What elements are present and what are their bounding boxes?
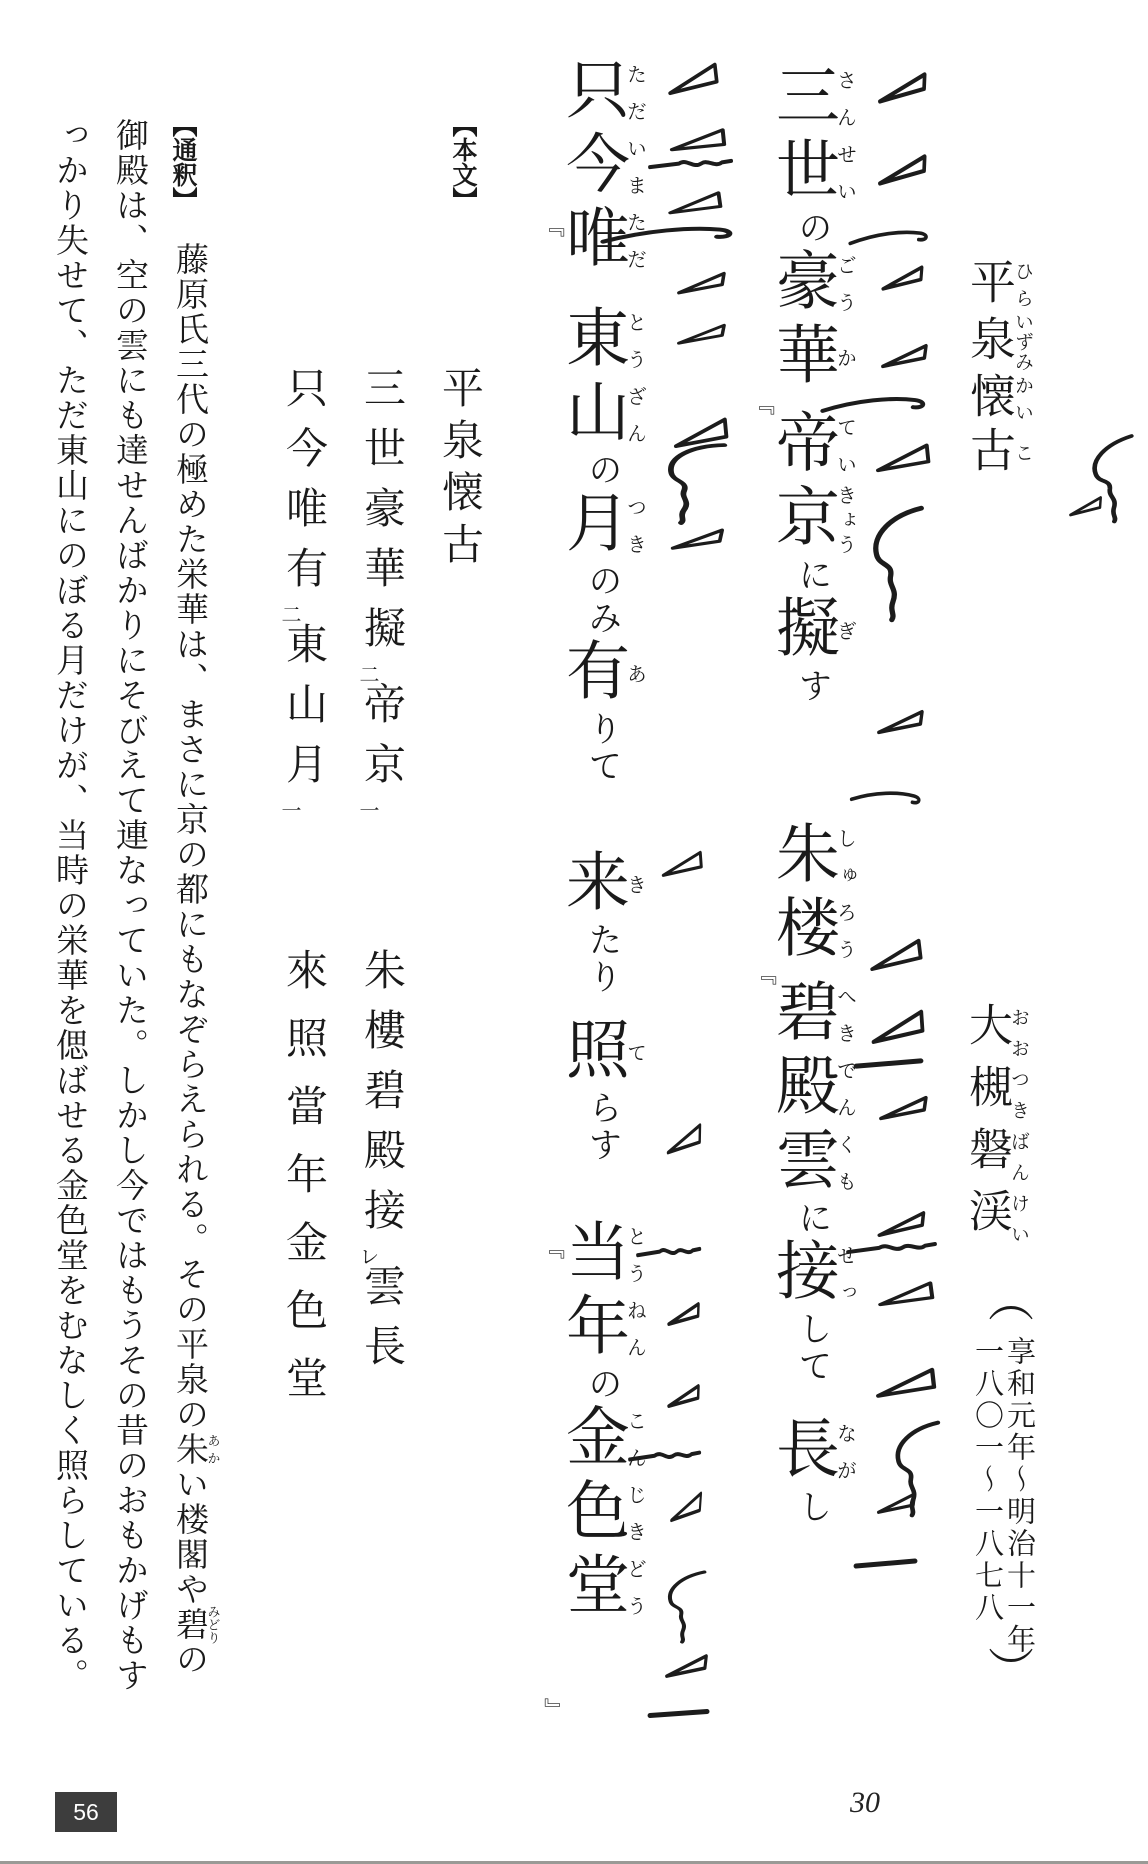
kanji-with-furigana: 東とう [557, 304, 628, 378]
okurigana: て [794, 1348, 828, 1385]
kanji-with-furigana: 長なが [767, 1415, 838, 1489]
kanji-with-furigana: 殿でん [767, 1052, 838, 1126]
kanji-with-furigana: 帝てい [767, 409, 838, 483]
okurigana: の [794, 210, 828, 247]
kanji-with-furigana: 山ざん [557, 378, 628, 452]
character: 殿 [358, 1128, 404, 1188]
character: 年 [280, 1152, 326, 1220]
handwritten-mark-hook [850, 785, 929, 808]
kanji-with-furigana: 今いま [557, 130, 628, 204]
kanji-with-furigana: 楼ろう [767, 894, 838, 968]
kanji-with-furigana: 堂どう [557, 1551, 628, 1625]
kundoku-hook-bracket: 』 [542, 1698, 565, 1721]
honbun-section-header: 【本文】 [450, 112, 475, 212]
poem-reading-line-2: 朱しゅ楼ろう碧へき殿でん雲くもに接せっして長ながし [770, 820, 855, 1526]
page-number-right: 30 [850, 1786, 880, 1820]
kanji-with-furigana: 泉いずみ [964, 312, 1015, 372]
character: 華 [358, 546, 404, 606]
kanji-with-furigana: 京きょう [767, 483, 838, 557]
kanji-with-furigana: 古こ [964, 426, 1015, 480]
kanji-with-furigana: 金こん [557, 1403, 628, 1477]
okurigana: の [584, 452, 618, 489]
kanji-with-furigana: 華か [767, 321, 838, 395]
author-dates-years: 一八〇一〜一八七八 [972, 1336, 1001, 1624]
handwritten-mark-swoosh [860, 505, 926, 623]
kanji-with-furigana: 磐ばん [962, 1126, 1011, 1188]
handwritten-mark-tril [660, 846, 705, 882]
kaeriten-mark: 二 [357, 664, 377, 684]
character: 堂 [280, 1356, 326, 1424]
kanji-with-furigana: 照て [557, 1016, 628, 1090]
handwritten-mark-tril [669, 1486, 705, 1529]
character: い楼閣や [171, 1467, 207, 1607]
author-dates-paren-open: （ [984, 1276, 1030, 1322]
handwritten-mark-tril [666, 1118, 705, 1160]
text-gap [591, 1164, 593, 1218]
character: 朱 [358, 948, 404, 1008]
kanji-with-furigana: 月つき [557, 489, 628, 563]
kanji-with-furigana: 大おお [962, 1002, 1011, 1064]
handwritten-mark-tril [874, 1361, 940, 1405]
handwritten-mark-tril [869, 934, 926, 976]
okurigana: た [584, 922, 618, 959]
kanji-with-furigana: 渓けい [962, 1188, 1011, 1250]
kaeriten-mark: 二 [279, 604, 299, 624]
character: 來 [280, 948, 326, 1016]
character: 金 [280, 1220, 326, 1288]
page-number-badge: 56 [55, 1792, 117, 1832]
text-gap [591, 996, 593, 1016]
page-number-left: 56 [73, 1799, 99, 1826]
handwritten-mark-tri [675, 323, 729, 346]
character: 唯 [280, 486, 326, 546]
character: 碧 [358, 1068, 404, 1128]
handwritten-mark-wave [636, 1242, 703, 1263]
okurigana: に [794, 1200, 828, 1237]
okurigana: て [584, 748, 618, 785]
text-gap [801, 395, 803, 409]
kanji-with-furigana: 碧へき [767, 978, 838, 1052]
kaeriten-mark: レ [357, 1246, 377, 1266]
text-gap [801, 1385, 803, 1415]
kanji-with-furigana: 朱しゅ [767, 820, 838, 894]
character: 東 [280, 622, 326, 682]
kanji-with-furigana: 擬ぎ [767, 594, 838, 668]
handwritten-mark-hook [847, 223, 936, 249]
character: 豪 [358, 486, 404, 546]
character: 三 [358, 366, 404, 426]
kanji-with-furigana: 碧みどり [171, 1607, 207, 1642]
tsushaku-column-2: 御殿は、空の雲にも達せんばかりにそびえて連なっていた。しかし今ではもうその昔のお… [112, 118, 145, 1693]
kanji-with-furigana: 色じき [557, 1477, 628, 1551]
handwritten-mark-tri [874, 72, 932, 107]
character: 帝 [358, 682, 404, 742]
handwritten-mark-bar [648, 1707, 710, 1718]
handwritten-mark-swoosh [658, 1570, 708, 1644]
kanji-with-furigana: 只ただ [557, 56, 628, 130]
okurigana: り [584, 711, 618, 748]
okurigana: に [794, 557, 828, 594]
poem-title: 平ひら泉いずみ懐かい古こ [966, 258, 1033, 480]
character: っかり失せて、ただ東山にのぼる月だけが、当時の栄華を偲ばせる金色堂をむなしく照ら… [51, 118, 87, 1693]
character: 照 [280, 1016, 326, 1084]
okurigana: み [584, 600, 618, 637]
character: 世 [358, 426, 404, 486]
handwritten-mark-tril [876, 1275, 937, 1313]
handwritten-mark-bar [854, 1057, 924, 1069]
kundoku-hook-bracket: 『 [752, 962, 775, 985]
handwritten-mark-tril [874, 437, 933, 479]
poem-author: 大おお槻つき磐ばん渓けい [964, 1002, 1029, 1250]
handwritten-mark-tri [877, 1095, 931, 1122]
kanji-with-furigana: 世せい [767, 136, 838, 210]
handwritten-mark-tri [663, 1654, 711, 1681]
handwritten-mark-bar [854, 1557, 918, 1569]
character: 御殿は、空の雲にも達せんばかりにそびえて連なっていた。しかし今ではもうその昔のお… [111, 118, 147, 1693]
character: 接 [358, 1188, 404, 1248]
honbun-poem-title: 平泉懐古 [438, 366, 480, 574]
character: 長 [358, 1324, 404, 1384]
character: 雲 [358, 1264, 404, 1324]
author-dates-paren-close: ） [984, 1646, 1030, 1692]
okurigana: り [584, 959, 618, 996]
kanbun-line-4: 來照當年金色堂 [282, 948, 324, 1424]
okurigana: し [794, 1311, 828, 1348]
kanji-with-furigana: 平ひら [964, 258, 1015, 312]
kanbun-line-2: 朱樓碧殿接レ雲長 [360, 948, 402, 1384]
poem-reading-line-4: 来きたり照てらす当とう年ねんの金こん色じき堂どう [560, 848, 645, 1625]
character: 京 [358, 742, 404, 802]
okurigana: の [584, 1366, 618, 1403]
kanji-with-furigana: 有あ [557, 637, 628, 711]
handwritten-mark-tril [667, 58, 722, 100]
kundoku-hook-bracket: 『 [540, 1236, 563, 1259]
handwritten-mark-tril [870, 1003, 928, 1050]
kanji-with-furigana: 三さん [767, 62, 838, 136]
text-gap [591, 278, 593, 304]
kaeriten-mark: 一 [357, 800, 377, 820]
handwritten-mark-tri [665, 1384, 704, 1411]
character: 色 [280, 1288, 326, 1356]
kanji-with-furigana: 槻つき [962, 1064, 1011, 1126]
okurigana: の [584, 563, 618, 600]
handwritten-mark-wave [846, 1237, 939, 1259]
handwritten-mark-tri [665, 1302, 704, 1329]
tsushaku-column-3: っかり失せて、ただ東山にのぼる月だけが、当時の栄華を偲ばせる金色堂をむなしく照ら… [52, 118, 85, 1693]
poem-reading-line-1: 三さん世せいの豪ごう華か帝てい京きょうに擬ぎす [770, 62, 855, 705]
character: 藤原氏三代の極めた栄華は、まさに京の都にもなぞらえられる。その平泉の [171, 242, 207, 1432]
character: の [171, 1642, 207, 1677]
character: 月 [280, 742, 326, 802]
okurigana: す [794, 668, 828, 705]
handwritten-mark-tri [874, 154, 932, 189]
tsushaku-section-header: 【通釈】 [170, 112, 195, 212]
character: 樓 [358, 1008, 404, 1068]
kaeriten-mark: 一 [279, 800, 299, 820]
kanji-with-furigana: 年ねん [557, 1292, 628, 1366]
handwritten-mark-wave [648, 154, 735, 174]
okurigana: す [584, 1127, 618, 1164]
kanji-with-furigana: 来き [557, 848, 628, 922]
kanbun-line-1: 三世豪華擬二帝京一 [360, 366, 402, 818]
kanji-with-furigana: 当とう [557, 1218, 628, 1292]
character: 山 [280, 682, 326, 742]
kanji-with-furigana: 懐かい [964, 372, 1015, 426]
kanji-with-furigana: 豪ごう [767, 247, 838, 321]
okurigana: し [794, 1489, 828, 1526]
handwritten-mark-tri [875, 709, 927, 736]
kanji-with-furigana: 雲くも [767, 1126, 838, 1200]
kanji-with-furigana: 朱あか [171, 1432, 207, 1467]
okurigana: ら [584, 1090, 618, 1127]
handwritten-mark-hook [820, 389, 937, 417]
kundoku-hook-bracket: 『 [750, 392, 773, 415]
kundoku-hook-bracket: 『 [540, 214, 563, 237]
character: 只 [280, 366, 326, 426]
tsushaku-column-1: 藤原氏三代の極めた栄華は、まさに京の都にもなぞらえられる。その平泉の朱あかい楼閣… [172, 242, 220, 1677]
character: 擬 [358, 606, 404, 666]
character: 今 [280, 426, 326, 486]
handwritten-mark-tril [667, 185, 726, 221]
character: 有 [280, 546, 326, 606]
handwritten-mark-tri [675, 271, 729, 296]
poem-reading-line-3: 只ただ今いま唯ただ東とう山ざんの月つきのみ有ありて [560, 56, 645, 785]
handwritten-mark-swoosh [646, 433, 730, 530]
character: 當 [280, 1084, 326, 1152]
text-gap [801, 968, 803, 978]
handwritten-mark-tri [875, 1210, 930, 1239]
handwritten-mark-tri [669, 528, 726, 552]
handwritten-mark-tri [879, 265, 928, 293]
book-page: 平ひら泉いずみ懐かい古こ 大おお槻つき磐ばん渓けい （ 享和元年〜明治十一年 一… [0, 0, 1148, 1864]
kanji-with-furigana: 接せっ [767, 1237, 838, 1311]
author-dates-era: 享和元年〜明治十一年 [1004, 1336, 1033, 1656]
kanbun-line-3: 只今唯有二東山月一 [282, 366, 324, 818]
handwritten-mark-tri [879, 343, 931, 370]
